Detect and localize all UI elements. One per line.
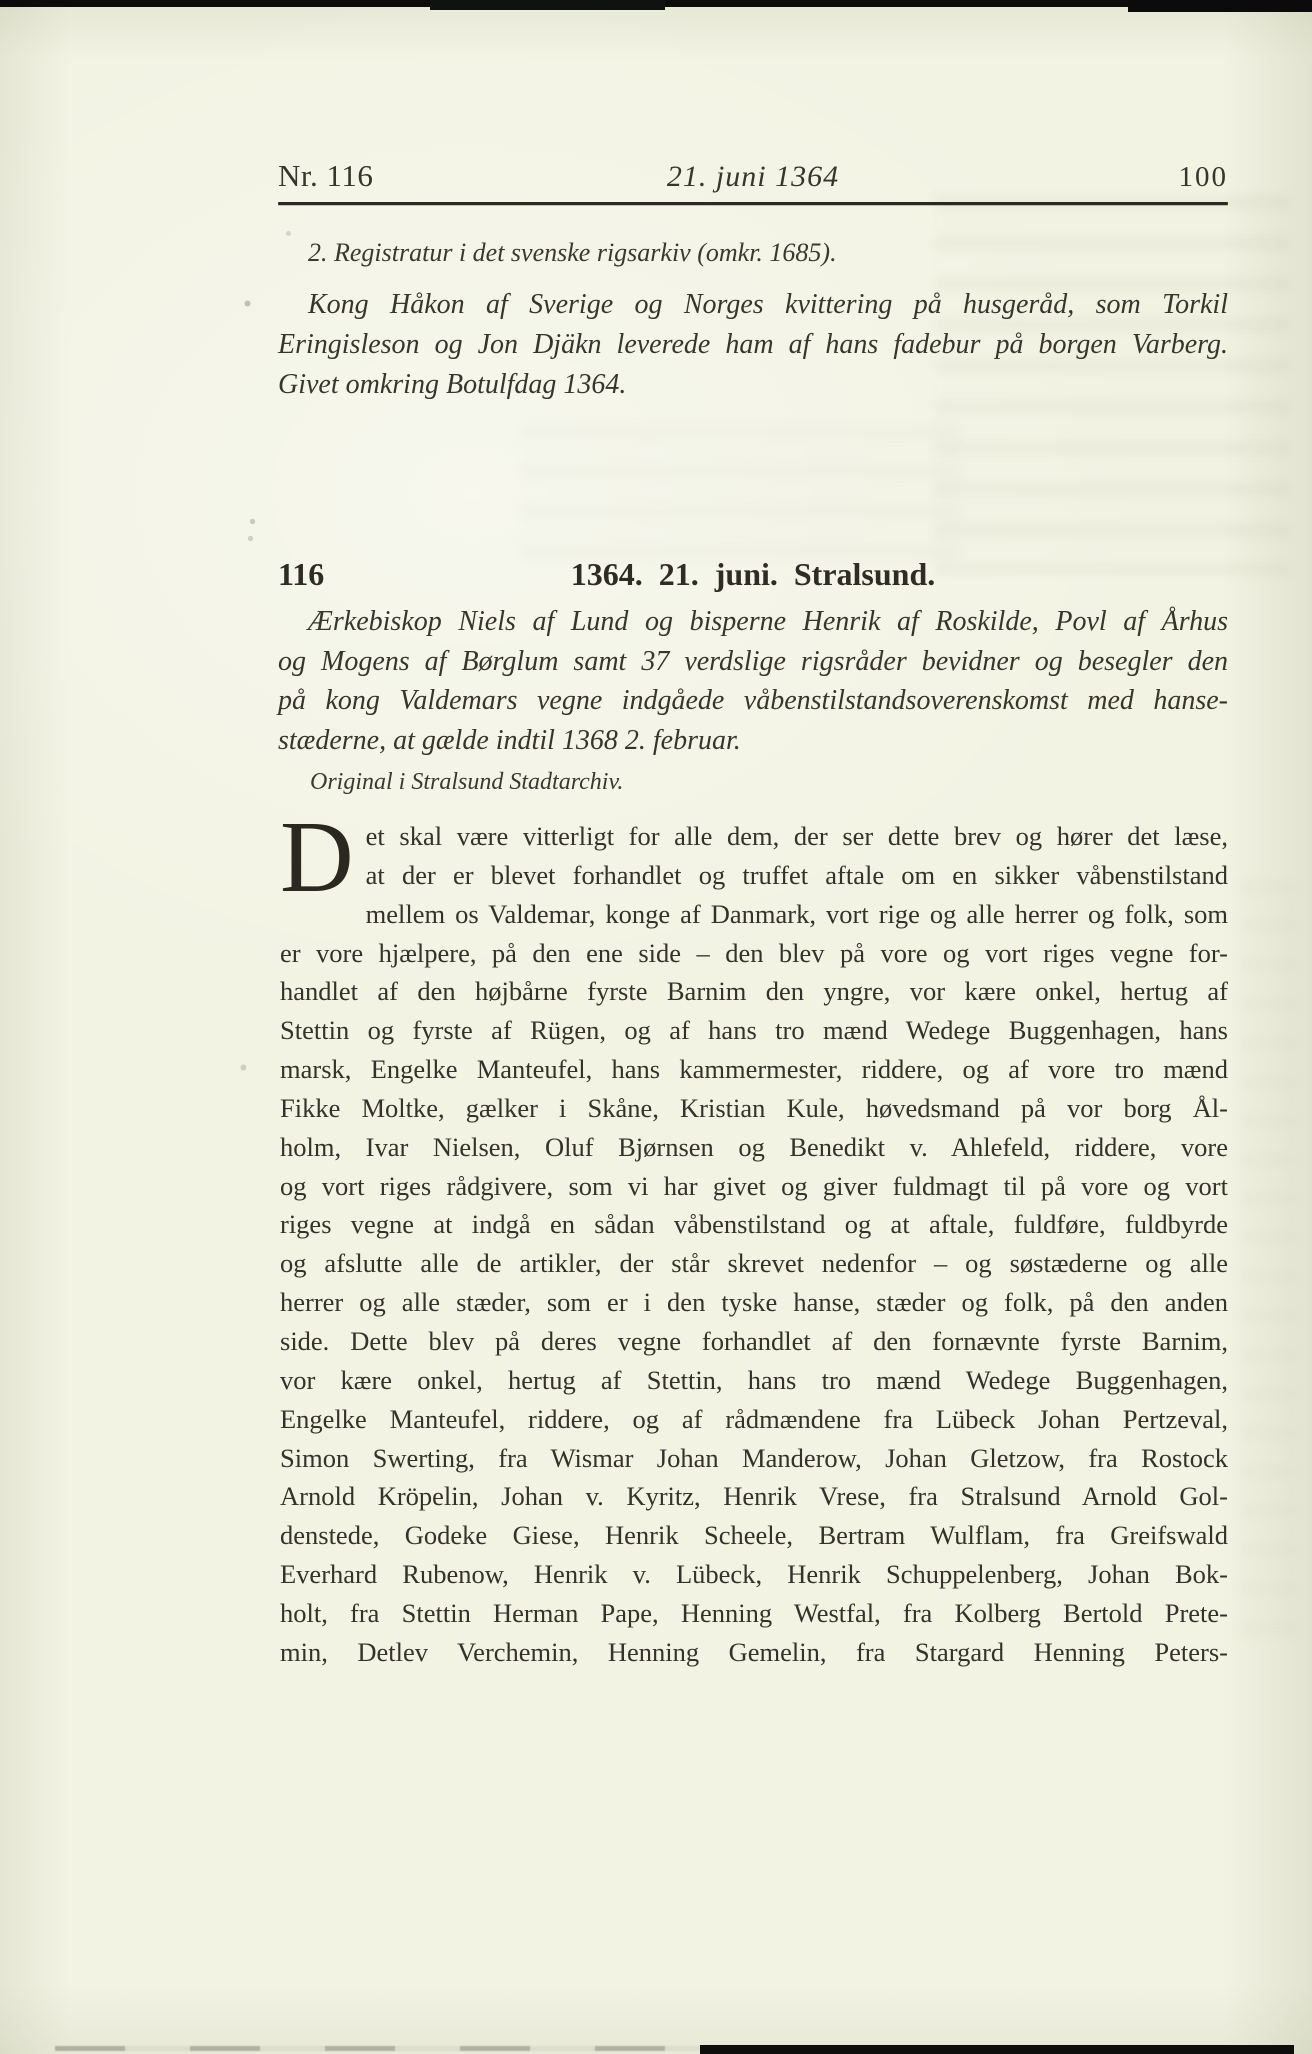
text-line: og Mogens af Børglum samt 37 verdslige r… [278,642,1228,682]
text-line: at der er blevet forhandlet og truffet a… [280,856,1228,895]
text-line: på kong Valdemars vegne indgåede våbenst… [278,681,1228,721]
text-line: denstede, Godeke Giese, Henrik Scheele, … [280,1516,1228,1555]
summary-paragraph-entry: Ærkebiskop Niels af Lund og bisperne Hen… [278,602,1228,760]
source-note: Original i Stralsund Stadtarchiv. [280,766,1228,798]
top-scan-bar-segment [1128,0,1312,12]
running-head-date: 21. juni 1364 [667,160,839,194]
text-line: holt, fra Stettin Herman Pape, Henning W… [280,1594,1228,1633]
text-line: Arnold Kröpelin, Johan v. Kyritz, Henrik… [280,1477,1228,1516]
text-line: herrer og alle stæder, som er i den tysk… [280,1283,1228,1322]
text-line: mellem os Valdemar, konge af Danmark, vo… [280,895,1228,934]
text-line: holm, Ivar Nielsen, Oluf Bjørnsen og Ben… [280,1128,1228,1167]
header-rule [278,202,1228,205]
bleed-through-ghosting [520,425,960,560]
bottom-scan-bar [700,2045,1294,2054]
text-line: side. Dette blev på deres vegne forhandl… [280,1322,1228,1361]
text-line: riges vegne at indgå en sådan våbenstils… [280,1205,1228,1244]
text-line: og afslutte alle de artikler, der står s… [280,1244,1228,1283]
text-line: og vort riges rådgivere, som vi har give… [280,1167,1228,1206]
text-line: et skal være vitterligt for alle dem, de… [280,817,1228,856]
registratur-note: 2. Registratur i det svenske rigsarkiv (… [280,236,1228,270]
text-line: Engelke Manteufel, riddere, og af rådmæn… [280,1400,1228,1439]
text-line: min, Detlev Verchemin, Henning Gemelin, … [280,1633,1228,1672]
text-line: er vore hjælpere, på den ene side – den … [280,934,1228,973]
top-scan-bar-segment [430,0,665,10]
bottom-scan-bar-segment [55,2046,703,2051]
scanned-book-page: Nr. 116 21. juni 1364 100 2. Registratur… [0,0,1312,2054]
summary-paragraph-116: Kong Håkon af Sverige og Norges kvitteri… [278,285,1228,405]
text-line: Simon Swerting, fra Wismar Johan Mandero… [280,1439,1228,1478]
text-line: Fikke Moltke, gælker i Skåne, Kristian K… [280,1089,1228,1128]
text-line: vor kære onkel, hertug af Stettin, hans … [280,1361,1228,1400]
page-number: 100 [839,161,1228,194]
bleed-through-ghosting [1238,880,1296,1640]
text-line: stæderne, at gælde indtil 1368 2. februa… [278,721,1228,761]
text-line: Everhard Rubenow, Henrik v. Lübeck, Henr… [280,1555,1228,1594]
text-line: marsk, Engelke Manteufel, hans kammermes… [280,1050,1228,1089]
text-line: handlet af den højbårne fyrste Barnim de… [280,972,1228,1011]
running-head: Nr. 116 21. juni 1364 100 [278,158,1228,194]
drop-cap: D [280,817,366,896]
paper-specks [0,0,3,3]
entry-heading: 1364. 21. juni. Stralsund. [278,556,1228,593]
text-line: Kong Håkon af Sverige og Norges kvitteri… [278,285,1228,325]
body-paragraph: D et skal være vitterligt for alle dem, … [280,817,1228,1672]
document-number: Nr. 116 [278,158,667,194]
text-line: Ærkebiskop Niels af Lund og bisperne Hen… [278,602,1228,642]
text-line: Eringisleson og Jon Djäkn leverede ham a… [278,325,1228,365]
entry-heading-row: 116 1364. 21. juni. Stralsund. [278,556,1228,596]
text-line: Stettin og fyrste af Rügen, og af hans t… [280,1011,1228,1050]
text-line: Givet omkring Botulfdag 1364. [278,365,1228,405]
